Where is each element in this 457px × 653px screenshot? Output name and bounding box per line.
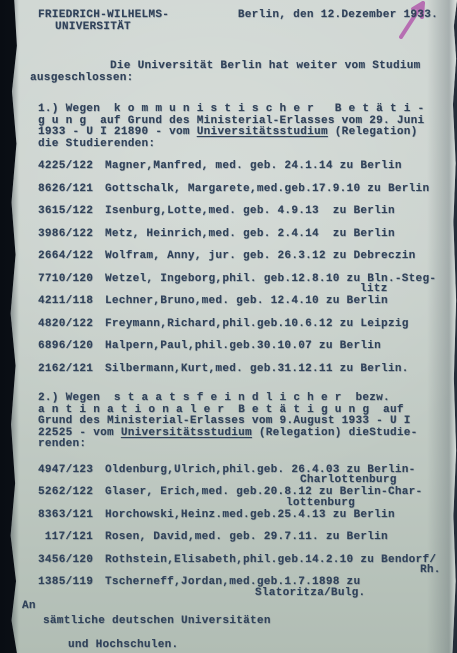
student-details: Isenburg,Lotte,med. geb. 4.9.13 zu Berli… <box>105 206 395 218</box>
student-details-continuation: litz <box>360 284 388 296</box>
student-entry: 4820/122Freymann,Richard,phil.geb.10.6.1… <box>38 319 451 331</box>
student-entry: 2162/121Silbermann,Kurt,med. geb.31.12.1… <box>38 364 451 376</box>
section1-heading-line3: 1933 - U I 21890 - vom Universitätsstudi… <box>38 127 451 139</box>
student-details-continuation: Slatoritza/Bulg. <box>255 588 365 600</box>
document-photo: FRIEDRICH-WILHELMS- UNIVERSITÄT Berlin, … <box>0 0 457 653</box>
student-details: Lechner,Bruno,med. geb. 12.4.10 zu Berli… <box>105 296 388 308</box>
typewritten-content: FRIEDRICH-WILHELMS- UNIVERSITÄT Berlin, … <box>38 10 451 651</box>
matriculation-number: 8363/121 <box>38 510 93 522</box>
intro-line2: ausgeschlossen: <box>30 73 451 85</box>
matriculation-number: 8626/121 <box>38 184 93 196</box>
student-entry: 4225/122Magner,Manfred, med. geb. 24.1.1… <box>38 161 451 173</box>
matriculation-number: 4211/118 <box>38 296 93 308</box>
student-entry: 117/121Rosen, David,med. geb. 29.7.11. z… <box>38 532 451 544</box>
intro-line1: Die Universität Berlin hat weiter vom St… <box>38 61 451 73</box>
student-entry: 4211/118Lechner,Bruno,med. geb. 12.4.10 … <box>38 296 451 308</box>
matriculation-number: 4947/123 <box>38 465 93 477</box>
student-entry: 5262/122Glaser, Erich,med. geb.20.8.12 z… <box>38 487 451 499</box>
student-details: Gottschalk, Margarete,med.geb.17.9.10 zu… <box>105 184 429 196</box>
section2-entries: 4947/123Oldenburg,Ulrich,phil.geb. 26.4.… <box>38 465 451 589</box>
matriculation-number: 2162/121 <box>38 364 93 376</box>
student-details: Wolfram, Anny, jur. geb. 26.3.12 zu Debr… <box>105 251 416 263</box>
section2-heading-line1: 2.) Wegen s t a a t s f e i n d l i c h … <box>38 393 451 405</box>
closing-line3: und Hochschulen. <box>68 640 451 652</box>
student-details: Halpern,Paul,phil.geb.30.10.07 zu Berlin <box>105 341 381 353</box>
student-details: Rothstein,Elisabeth,phil.geb.14.2.10 zu … <box>105 555 436 567</box>
student-details: Rosen, David,med. geb. 29.7.11. zu Berli… <box>105 532 388 544</box>
student-entry: 3456/120Rothstein,Elisabeth,phil.geb.14.… <box>38 555 451 567</box>
section2-heading-line5: renden: <box>38 439 451 451</box>
student-details: Magner,Manfred, med. geb. 24.1.14 zu Ber… <box>105 161 402 173</box>
student-entry: 8363/121Horchowski,Heinz.med.geb.25.4.13… <box>38 510 451 522</box>
student-details-continuation: Charlottenburg <box>300 475 397 487</box>
section2-heading: 2.) Wegen s t a a t s f e i n d l i c h … <box>38 393 451 451</box>
section1-heading-line1: 1.) Wegen k o m m u n i s t i s c h e r … <box>38 104 451 116</box>
closing-address: An sämtliche deutschen Universitäten und… <box>38 601 451 652</box>
student-entry: 6896/120Halpern,Paul,phil.geb.30.10.07 z… <box>38 341 451 353</box>
matriculation-number: 1385/119 <box>38 577 93 589</box>
matriculation-number: 3615/122 <box>38 206 93 218</box>
student-details: Silbermann,Kurt,med. geb.31.12.11 zu Ber… <box>105 364 409 376</box>
section1-heading: 1.) Wegen k o m m u n i s t i s c h e r … <box>38 104 451 150</box>
dateline: Berlin, den 12.Dezember 1933. <box>238 10 451 22</box>
student-details: Glaser, Erich,med. geb.20.8.12 zu Berlin… <box>105 487 422 499</box>
matriculation-number: 7710/120 <box>38 274 93 286</box>
section2-heading-line4: 22525 - vom Universitätsstudium (Relegat… <box>38 428 451 440</box>
matriculation-number: 117/121 <box>38 532 93 544</box>
section1-heading-line4: die Studierenden: <box>38 139 451 151</box>
student-details-continuation: Rh. <box>420 565 441 577</box>
matriculation-number: 3986/122 <box>38 229 93 241</box>
matriculation-number: 4225/122 <box>38 161 93 173</box>
matriculation-number: 4820/122 <box>38 319 93 331</box>
student-entry: 8626/121Gottschalk, Margarete,med.geb.17… <box>38 184 451 196</box>
student-details-continuation: lottenburg <box>286 498 355 510</box>
student-entry: 2664/122Wolfram, Anny, jur. geb. 26.3.12… <box>38 251 451 263</box>
closing-line2: sämtliche deutschen Universitäten <box>43 616 451 628</box>
student-entry: 3986/122Metz, Heinrich,med. geb. 2.4.14 … <box>38 229 451 241</box>
underlined-term: Universitätsstudium <box>121 427 252 439</box>
matriculation-number: 3456/120 <box>38 555 93 567</box>
student-entry: 1385/119Tscherneff,Jordan,med.geb.1.7.18… <box>38 577 451 589</box>
underlined-term: Universitätsstudium <box>197 126 328 138</box>
closing-line1: An <box>22 601 451 613</box>
letterhead: FRIEDRICH-WILHELMS- UNIVERSITÄT <box>38 10 169 33</box>
student-details: Freymann,Richard,phil.geb.10.6.12 zu Lei… <box>105 319 409 331</box>
matriculation-number: 5262/122 <box>38 487 93 499</box>
student-details: Horchowski,Heinz.med.geb.25.4.13 zu Berl… <box>105 510 395 522</box>
intro-paragraph: Die Universität Berlin hat weiter vom St… <box>38 61 451 84</box>
section1-entries: 4225/122Magner,Manfred, med. geb. 24.1.1… <box>38 161 451 375</box>
student-entry: 7710/120Wetzel, Ingeborg,phil. geb.12.8.… <box>38 274 451 286</box>
student-entry: 4947/123Oldenburg,Ulrich,phil.geb. 26.4.… <box>38 465 451 477</box>
matriculation-number: 6896/120 <box>38 341 93 353</box>
student-entry: 3615/122Isenburg,Lotte,med. geb. 4.9.13 … <box>38 206 451 218</box>
letterhead-row: FRIEDRICH-WILHELMS- UNIVERSITÄT Berlin, … <box>38 10 451 33</box>
letterhead-line2: UNIVERSITÄT <box>55 22 169 34</box>
student-details: Metz, Heinrich,med. geb. 2.4.14 zu Berli… <box>105 229 395 241</box>
matriculation-number: 2664/122 <box>38 251 93 263</box>
letterhead-line1: FRIEDRICH-WILHELMS- <box>38 10 169 22</box>
